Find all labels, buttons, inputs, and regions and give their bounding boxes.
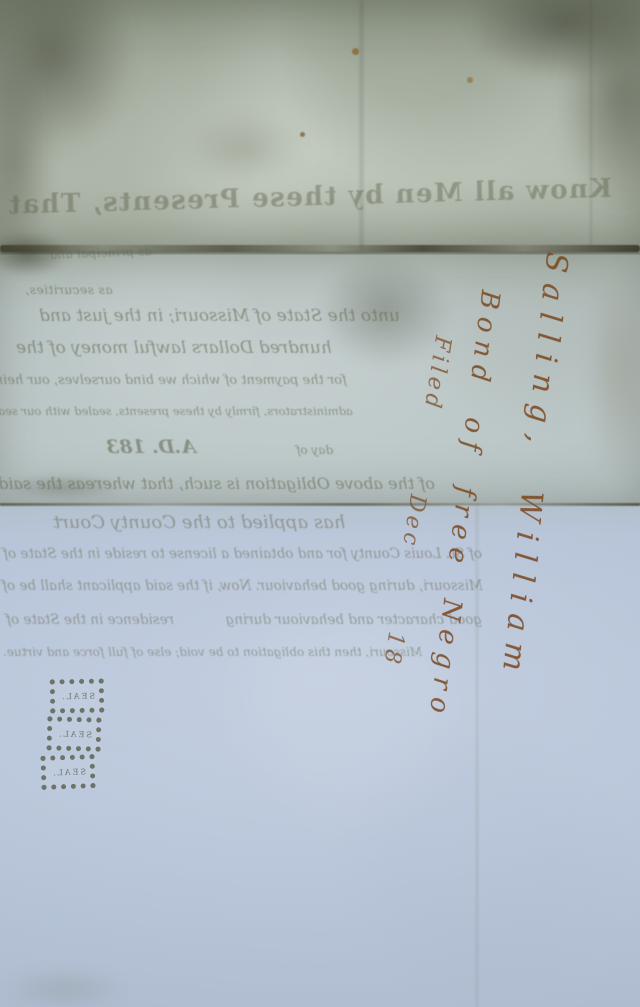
seal-stamp-2: SEAL. bbox=[47, 716, 102, 751]
form-line-bound: unto the State of Missouri; in the just … bbox=[39, 306, 400, 326]
form-line-day-of: day of bbox=[296, 443, 333, 457]
seal-label: SEAL. bbox=[56, 729, 91, 739]
form-line-sealed: administrators, firmly by these presents… bbox=[0, 404, 353, 418]
form-line-hundred: hundred Dollars lawful money of the bbox=[16, 338, 332, 358]
seal-stamp-3: SEAL. bbox=[40, 754, 95, 790]
form-line-void: Missouri, then this obligation to be voi… bbox=[3, 645, 422, 659]
seal-label: SEAL. bbox=[50, 767, 85, 777]
form-line-anno: A.D. 183 bbox=[106, 436, 196, 458]
document-photo: Know all Men by these Presents, That We … bbox=[0, 0, 640, 1007]
form-line-condition: of the above Obligation is such, that wh… bbox=[0, 474, 435, 493]
form-line-payment: for the payment of which we bind ourselv… bbox=[0, 373, 347, 388]
seal-stamp-1: SEAL. bbox=[50, 679, 105, 714]
form-line-securities: as securities, bbox=[25, 282, 113, 297]
form-line-applied: has applied to the County Court bbox=[53, 512, 345, 533]
seal-label: SEAL. bbox=[59, 691, 94, 701]
